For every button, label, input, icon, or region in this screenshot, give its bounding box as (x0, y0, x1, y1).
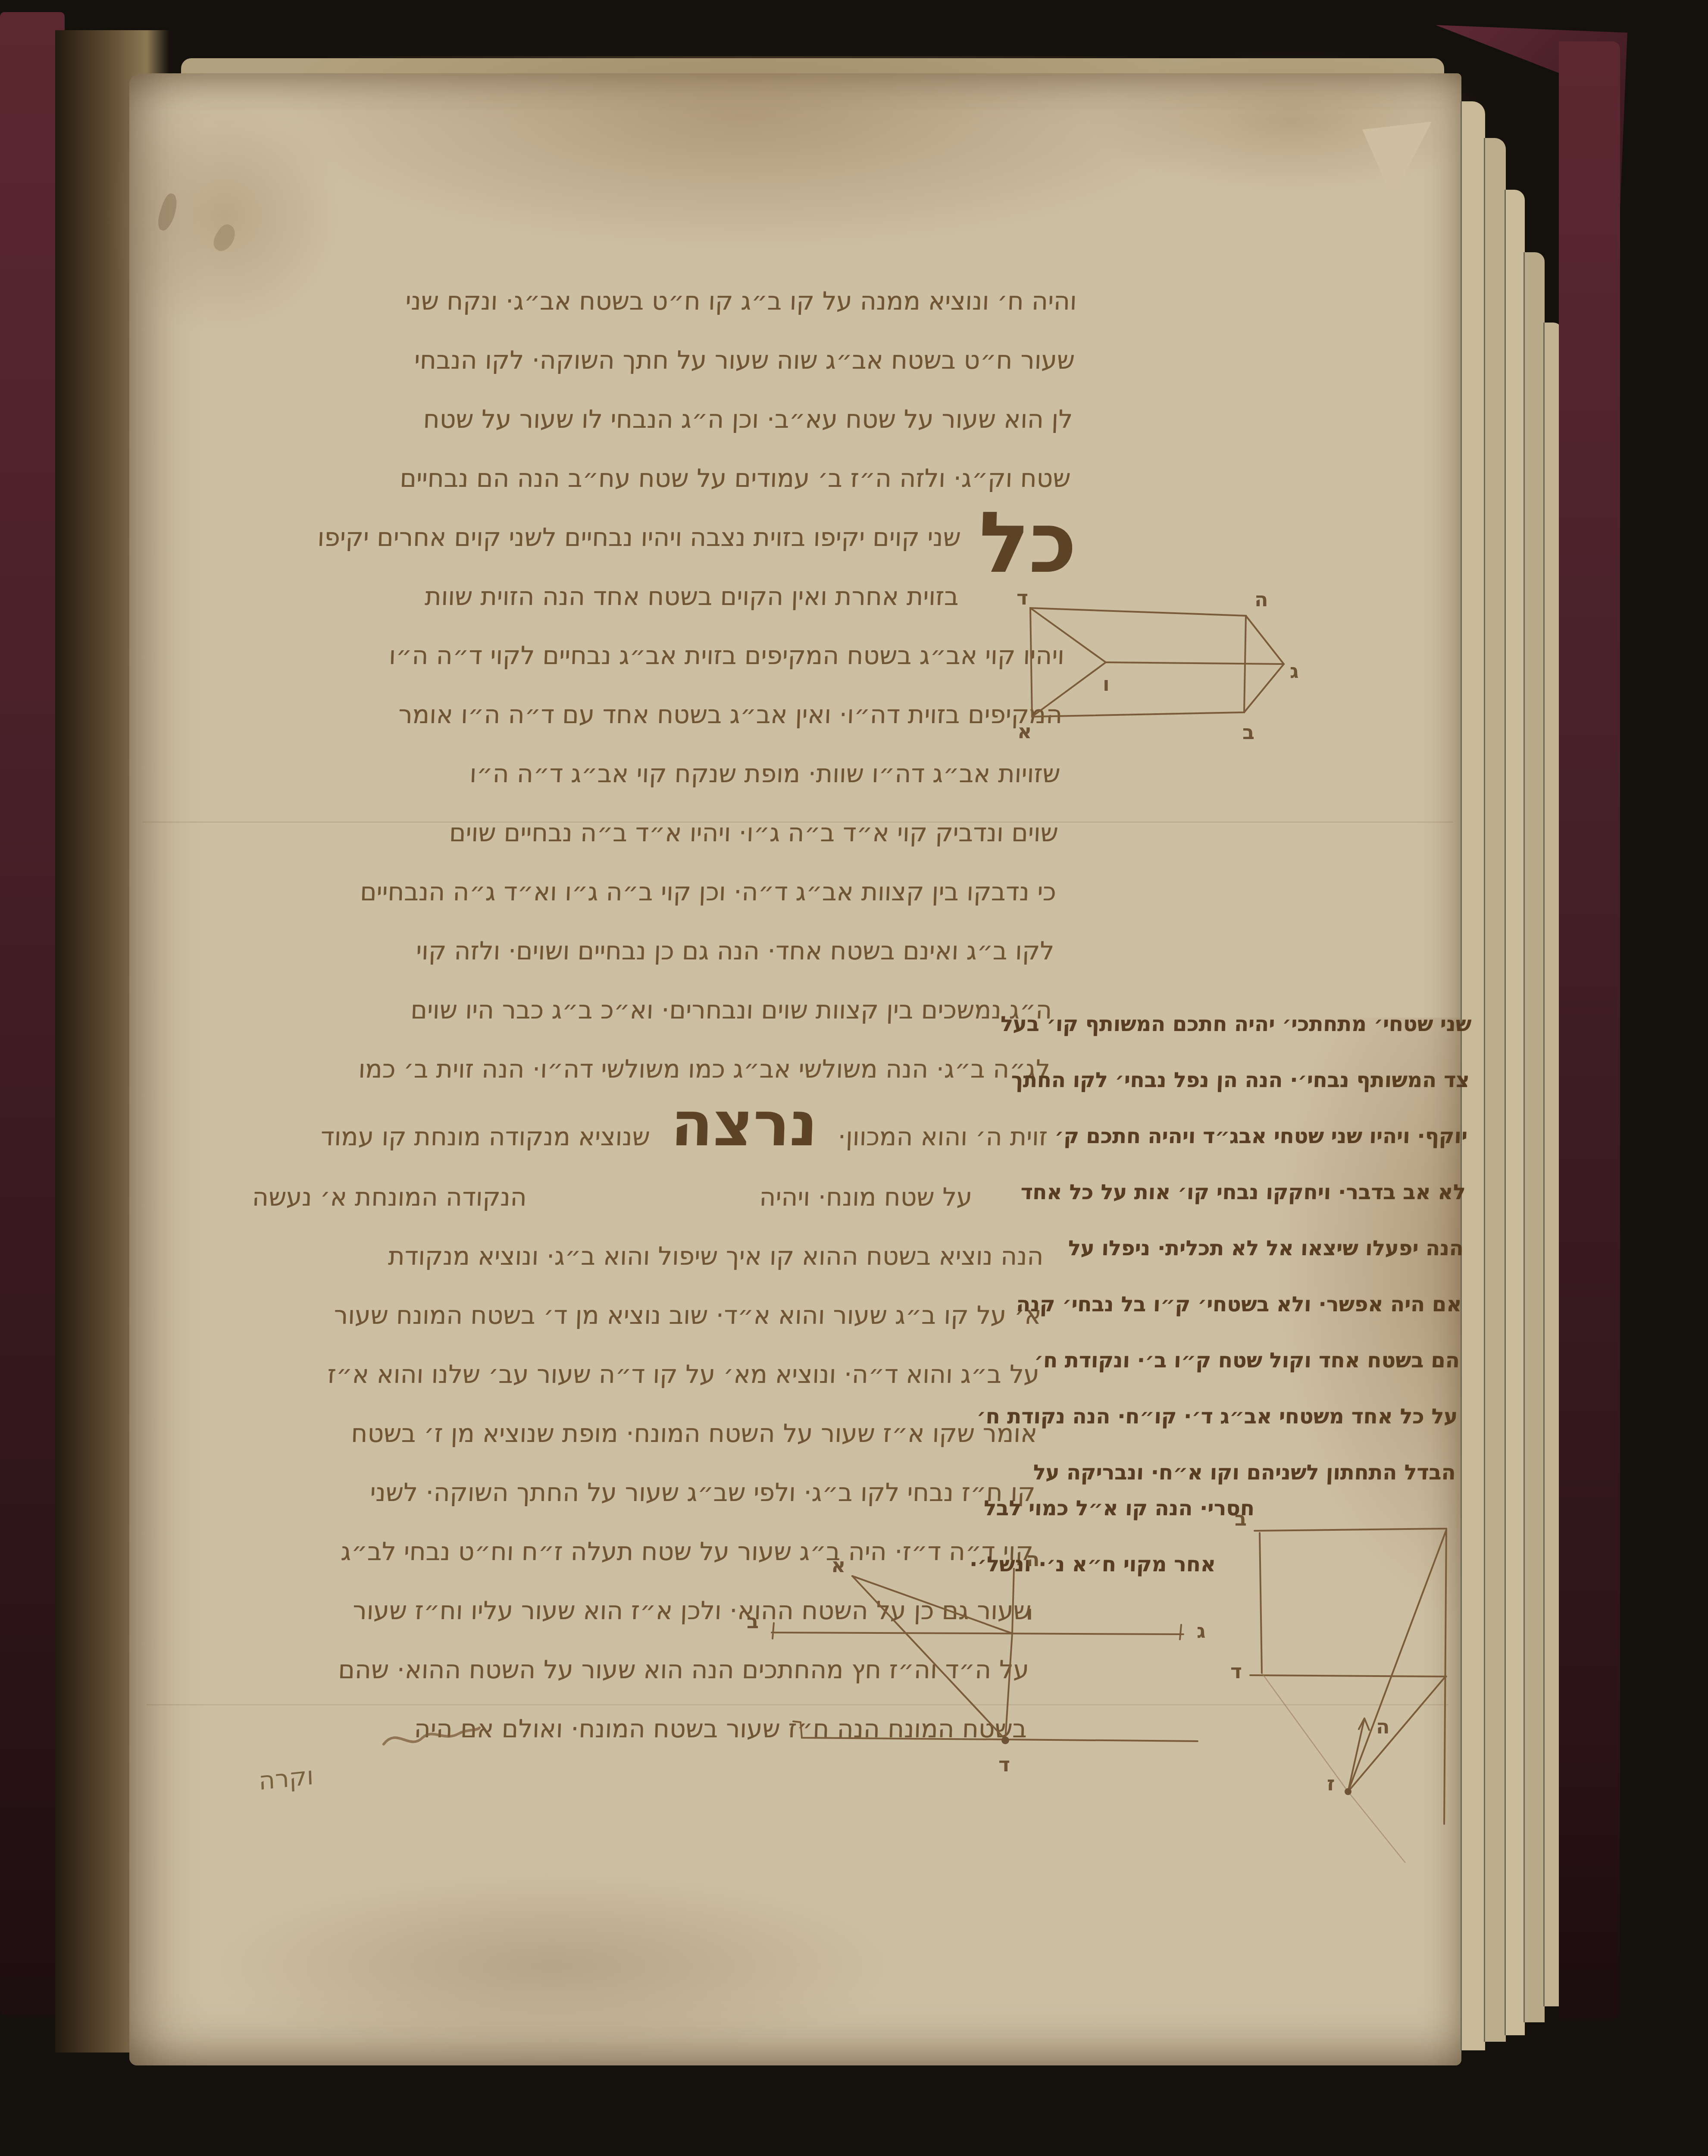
gloss-line: הם בשטח אחד וקול שטח ק״ו ב׳· ונקודת ח׳ (982, 1332, 1461, 1388)
gloss-short-line: חסרי· הנה קו א״ל כמוי לבל (1013, 1496, 1255, 1520)
vertex-label: ד (1230, 1660, 1242, 1683)
text-line: שעור ח״ט בשטח אב״ג שוה שעור על חתך השוקה… (263, 331, 1076, 390)
diagram-perpendicular: א ה ב ג ו ד (724, 1535, 1224, 1802)
text-line: ה״ג נמשכים בין קצוות שוים ונבחרים· וא״כ … (241, 981, 1053, 1040)
marginal-gloss-block: שני שטחי׳ מתחתכי׳ יהיה חתכם המשותף קו׳ ב… (979, 996, 1473, 1501)
gloss-line: הנה יפעלו שיצאו אל לא תכלית· ניפלו על (986, 1220, 1465, 1276)
vertex-label: ה (1254, 588, 1268, 611)
text-line: א׳ על קו ב״ג שעור והוא א״ד· שוב נוציא מן… (230, 1286, 1042, 1345)
text-line: לן הוא שעור על שטח עא״ב· וכן ה״ג הנבחי ל… (261, 390, 1074, 449)
text-line: בזוית אחרת ואין הקוים בשטח אחד הנה הזוית… (255, 567, 1067, 626)
fore-edge-leaf (1505, 190, 1525, 2035)
vertex-label: ז (1327, 1772, 1335, 1795)
text-line: שטח וק״ג· ולזה ה״ז ב׳ עמודים על שטח עח״ב… (259, 449, 1072, 508)
text-line: המקיפים בזוית דה״ו· ואין אב״ג בשטח אחד ע… (251, 685, 1064, 744)
vertex-label: ד (1017, 586, 1028, 609)
manuscript-photo: והיה ח׳ ונוציא ממנה על קו ב״ג קו ח״ט בשט… (0, 0, 1708, 2156)
vertex-label: ה (1376, 1715, 1390, 1738)
text-line: על ב״ג והוא ד״ה· ונוציא מא׳ על קו ד״ה שע… (228, 1345, 1041, 1404)
split-left-fragment: הנקודה המונחת א׳ נעשה (251, 1168, 528, 1227)
proposition-start-text: שנוציא מנקודה מונחת קו עמוד (320, 1107, 651, 1166)
fore-edge-leaf (1484, 138, 1506, 2042)
vertex-label: ו (1103, 672, 1110, 696)
text-line: לקו ב״ג ואינם בשטח אחד· הנה גם כן נבחיים… (243, 921, 1055, 981)
right-cover-edge (1559, 41, 1620, 2018)
catchword: וקרה (258, 1761, 314, 1796)
split-text-line: על שטח מונח· ויהיה הנקודה המונחת א׳ נעשה (234, 1168, 1047, 1227)
vertex-label: א (831, 1554, 846, 1577)
vertex-label: א (1017, 720, 1032, 743)
text-line: שזויות אב״ג דה״ו שוות· מופת שנקח קוי אב״… (249, 744, 1061, 803)
gloss-line: שני שטחי׳ מתחתכי׳ יהיה חתכם המשותף קו׳ ב… (994, 996, 1473, 1052)
vertex-label: ג (1197, 1619, 1206, 1642)
text-line: אומר שקו א״ז שעור על השטח המונח· מופת שנ… (226, 1404, 1039, 1463)
drop-cap-initial: כל (977, 502, 1078, 584)
vertex-label: ד (998, 1753, 1010, 1776)
diagram-prism: ד ה ו ג א ב (1004, 578, 1306, 742)
gloss-line: על כל אחד משטחי אב״ג ד׳· קו״ח· הנה נקודת… (980, 1388, 1459, 1445)
split-right-fragment: על שטח מונח· ויהיה (758, 1168, 973, 1227)
text-line-with-initial: כל שני קוים יקיפו בזוית נצבה ויהיו נבחיי… (257, 508, 1070, 567)
text-line-body: שני קוים יקיפו בזוית נצבה ויהיו נבחיים ל… (317, 523, 961, 552)
vertex-label: ב (747, 1610, 759, 1633)
gloss-line: לא אב בדבר· ויחקקו נבחי קו׳ אות על כל אח… (988, 1164, 1467, 1220)
proposition-heading-line: זוית ה׳ והוא המכוון· נרצה שנוציא מנקודה … (236, 1099, 1049, 1168)
text-line: קו ח״ז נבחי לקו ב״ג· ולפי שב״ג שעור על ה… (224, 1463, 1036, 1522)
vertex-label: ג (1290, 659, 1299, 683)
gloss-line: צד המשותף נבחי׳· הנה הן נפל נבחי׳ לקו הח… (992, 1052, 1470, 1108)
text-line: ויהיו קוי אב״ג בשטח המקיפים בזוית אב״ג נ… (253, 626, 1066, 685)
vertex-label: ה (1026, 1548, 1040, 1571)
vertex-label: ב (1242, 721, 1254, 744)
vertex-label: ב (1235, 1507, 1247, 1530)
gloss-line: יוקף· ויהיו שני שטחי אבג״ד ויהיה חתכם ק׳ (990, 1108, 1469, 1164)
text-line: לג״ה ב״ג· הנה משולשי אב״ג כמו משולשי דה״… (238, 1040, 1051, 1099)
fore-edge-leaf (1523, 252, 1545, 2022)
scribal-flourish (379, 1718, 483, 1761)
diagram-margin-figure: ב ד ה ז (1224, 1483, 1474, 1871)
text-line: כי נדבקו בין קצוות אב״ג ד״ה· וכן קוי ב״ה… (245, 862, 1057, 921)
text-line: שוים ונדביק קוי א״ד ב״ה ג״ו· ויהיו א״ד ב… (247, 803, 1059, 862)
gloss-line: אם היה אפשר· ולא בשטחי׳ ק״ו בל נבחי׳ קנה (984, 1276, 1463, 1332)
text-line: הנה נוציא בשטח ההוא קו איך שיפול והוא ב״… (232, 1227, 1045, 1286)
text-line: והיה ח׳ ונוציא ממנה על קו ב״ג קו ח״ט בשט… (265, 272, 1078, 331)
display-word: נרצה (670, 1099, 819, 1150)
vertex-label: ו (1026, 1601, 1033, 1624)
